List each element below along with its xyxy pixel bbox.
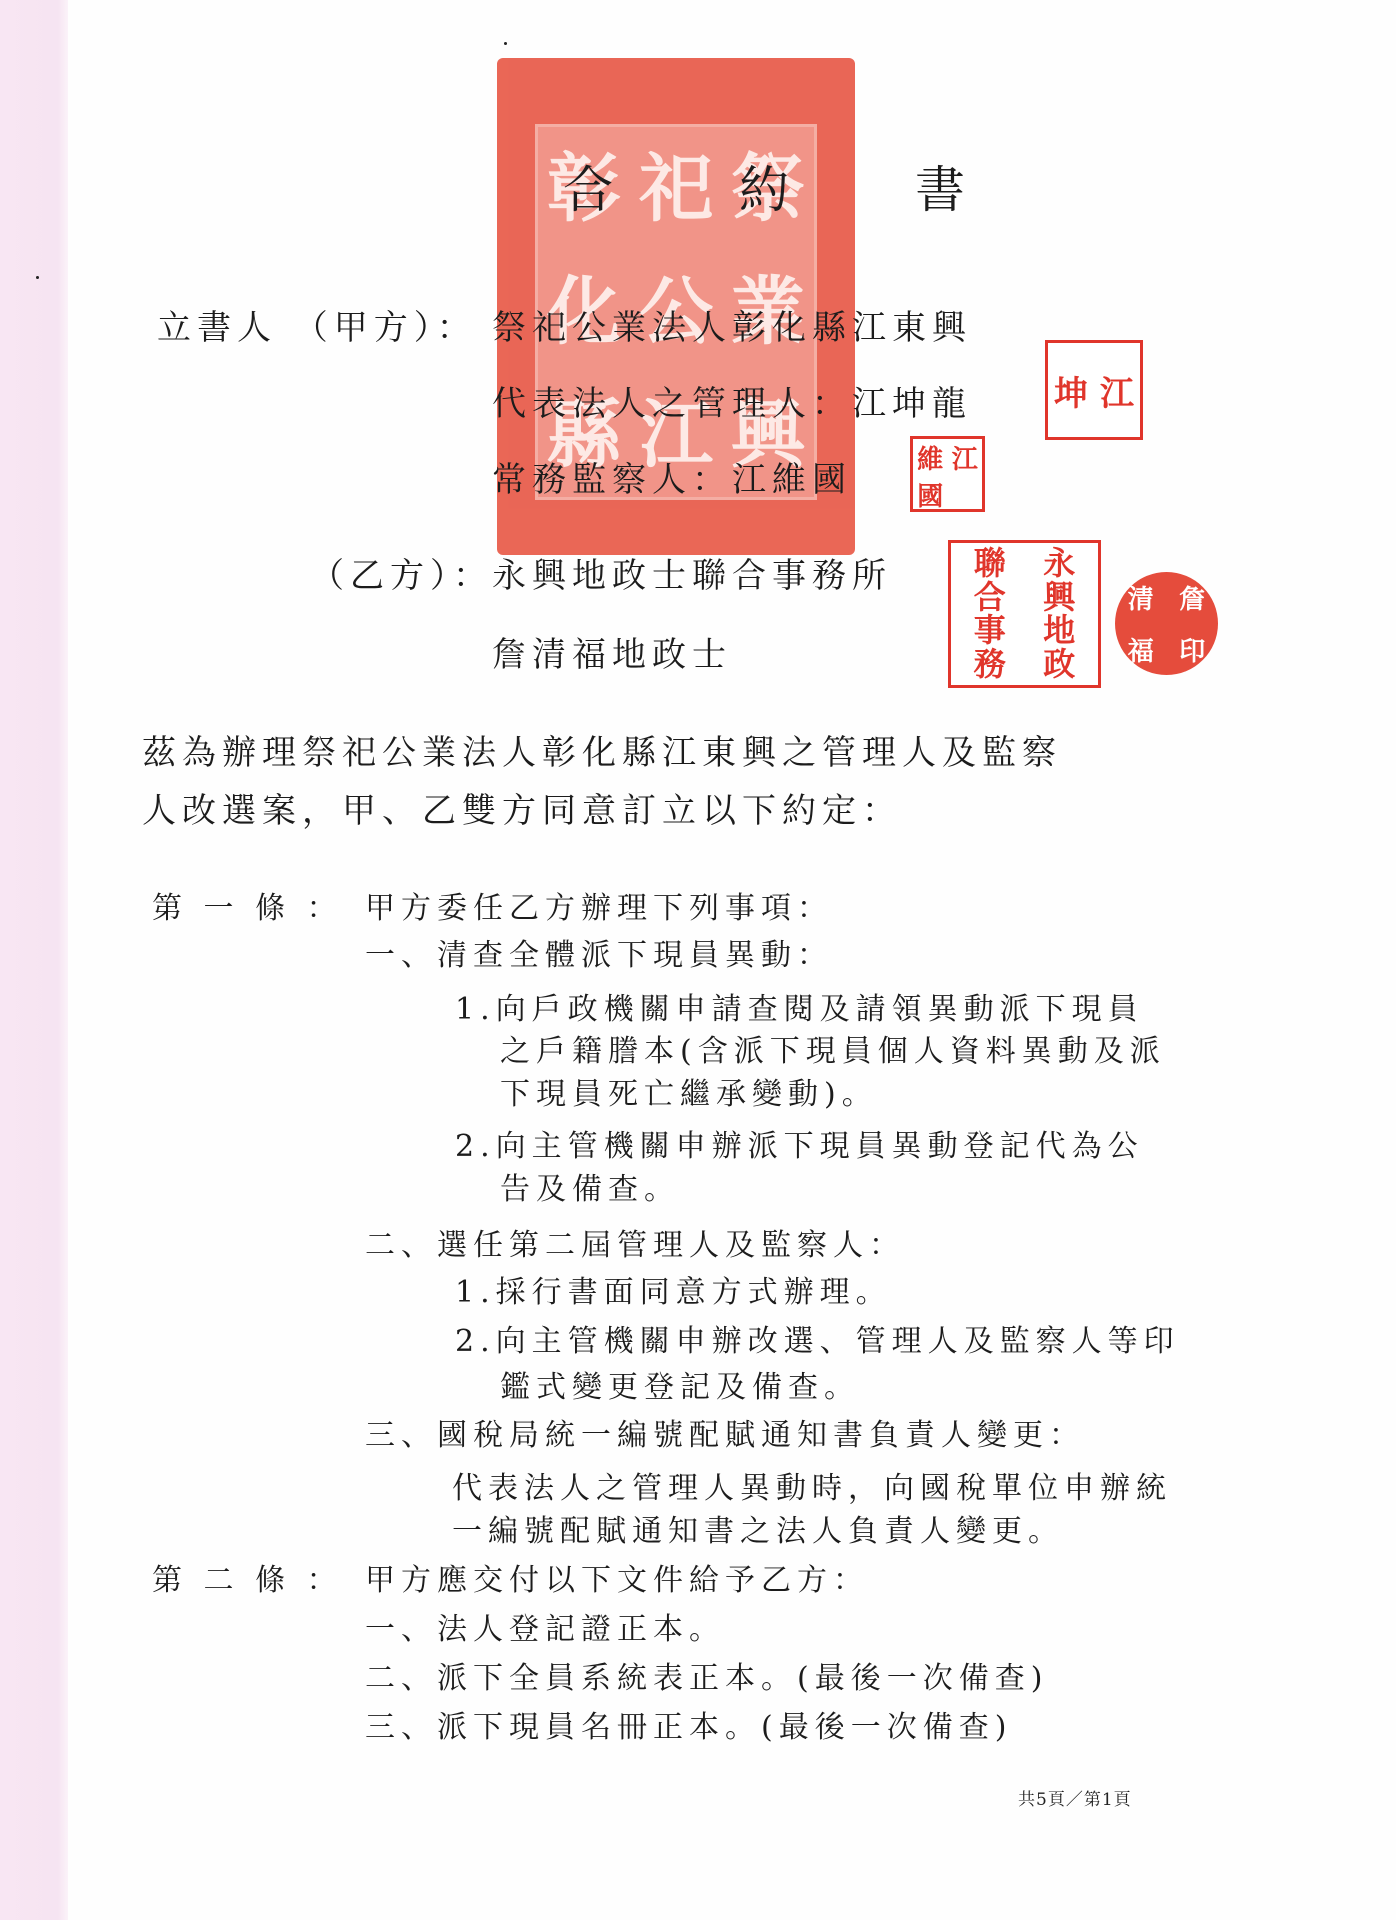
seal-glyph: 坤 — [1054, 366, 1088, 415]
article-1-intro: 甲方委任乙方辦理下列事項： — [365, 889, 833, 929]
preamble-line-2: 人改選案，甲、乙雙方同意訂立以下約定： — [142, 791, 902, 831]
personal-round-seal: 清 詹 福 印 — [1115, 572, 1218, 675]
article-1-item-1-sub-1-line-2: 之戶籍謄本(含派下現員個人資料異動及派 — [500, 1032, 1166, 1072]
party-a-label: 立書人 （甲方）： — [157, 308, 477, 348]
seal-glyph: 永 — [1043, 547, 1075, 581]
seal-glyph: 務 — [974, 648, 1006, 682]
seal-glyph: 江 — [1100, 366, 1134, 415]
scan-speck — [36, 276, 39, 279]
preamble-line-1: 茲為辦理祭祀公業法人彰化縣江東興之管理人及監察 — [142, 733, 1062, 773]
seal-glyph: 事 — [974, 614, 1006, 648]
seal-glyph: 地 — [1043, 614, 1075, 648]
article-1-item-2-heading: 二、選任第二屆管理人及監察人： — [365, 1226, 905, 1266]
document-title: 合 約 書 — [563, 162, 1003, 218]
left-margin-strip — [0, 0, 68, 1920]
article-1-item-1-heading: 一、清查全體派下現員異動： — [365, 936, 833, 976]
party-a-supervisor: 常務監察人：江維國 — [492, 460, 852, 500]
seal-glyph: 政 — [1043, 648, 1075, 682]
article-1-item-1-sub-2-line-1: 2.向主管機關申辦派下現員異動登記代為公 — [455, 1127, 1144, 1167]
office-seal-right-column: 永 興 地 政 — [1043, 547, 1075, 681]
article-2-intro: 甲方應交付以下文件給予乙方： — [365, 1561, 869, 1601]
article-1-item-1-sub-1-line-1: 1.向戶政機關申請查閱及請領異動派下現員 — [455, 990, 1144, 1030]
office-seal-left-column: 聯 合 事 務 — [974, 547, 1006, 681]
article-1-item-1-sub-1-line-3: 下現員死亡繼承變動)。 — [500, 1075, 878, 1115]
party-a-name: 祭祀公業法人彰化縣江東興 — [492, 308, 972, 348]
seal-glyph: 維 — [917, 439, 943, 476]
article-2-item-2: 二、派下全員系統表正本。(最後一次備查) — [365, 1659, 1048, 1699]
article-1-item-3-heading: 三、國稅局統一編號配賦通知書負責人變更： — [365, 1416, 1085, 1456]
article-2-item-3: 三、派下現員名冊正本。(最後一次備查) — [365, 1708, 1012, 1748]
supervisor-seal: 維 江 國 — [910, 436, 985, 512]
manager-seal: 坤 江 — [1045, 340, 1143, 440]
article-1-item-2-sub-1: 1.採行書面同意方式辦理。 — [455, 1273, 892, 1313]
seal-glyph: 清 — [1128, 579, 1154, 616]
party-b-name: 永興地政士聯合事務所 — [492, 556, 892, 596]
party-a-manager: 代表法人之管理人：江坤龍 — [492, 384, 972, 424]
seal-glyph: 印 — [1179, 631, 1205, 668]
article-1-item-3-body-line-1: 代表法人之管理人異動時，向國稅單位申辦統 — [452, 1469, 1172, 1509]
article-1-item-2-sub-2-line-2: 鑑式變更登記及備查。 — [500, 1368, 860, 1408]
seal-glyph: 江 — [952, 439, 978, 476]
article-1-item-1-sub-2-line-2: 告及備查。 — [500, 1170, 680, 1210]
article-1-item-3-body-line-2: 一編號配賦通知書之法人負責人變更。 — [452, 1512, 1064, 1552]
scan-speck — [504, 42, 507, 45]
seal-glyph: 國 — [917, 476, 943, 513]
article-2-heading: 第 二 條 ： — [152, 1561, 343, 1601]
article-1-heading: 第 一 條 ： — [152, 889, 343, 929]
party-b-label: （乙方）： — [310, 556, 493, 596]
seal-glyph: 聯 — [974, 547, 1006, 581]
page-indicator: 共5頁／第1頁 — [1018, 1785, 1132, 1810]
seal-glyph: 福 — [1128, 631, 1154, 668]
article-1-item-2-sub-2-line-1: 2.向主管機關申辦改選、管理人及監察人等印 — [455, 1322, 1180, 1362]
seal-glyph: 興 — [1043, 581, 1075, 615]
seal-glyph: 合 — [974, 581, 1006, 615]
article-2-item-1: 一、法人登記證正本。 — [365, 1610, 725, 1650]
office-seal: 聯 合 事 務 永 興 地 政 — [948, 540, 1101, 688]
seal-glyph: 詹 — [1179, 579, 1205, 616]
party-b-person: 詹清福地政士 — [492, 635, 732, 675]
